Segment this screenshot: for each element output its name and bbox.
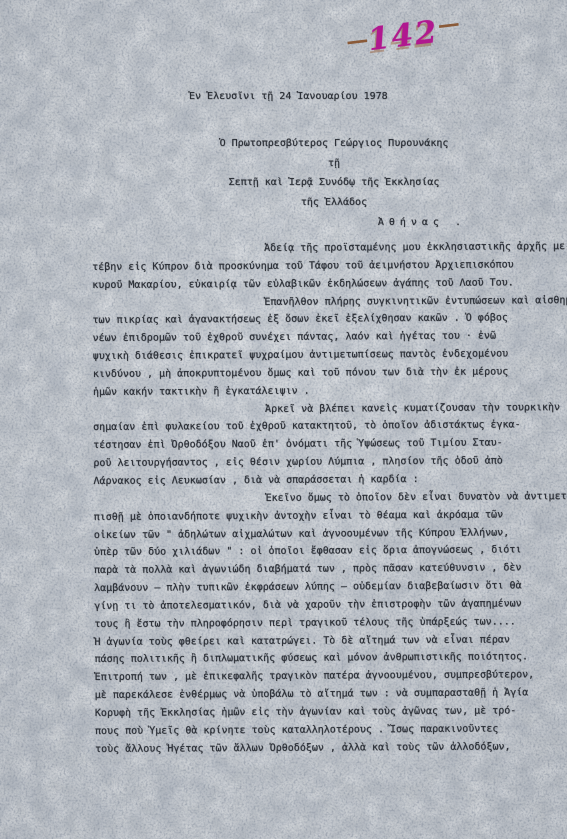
dateline: Ἐν Ἐλευσῖνι τῇ 24 Ἰανουαρίου 1978 xyxy=(189,91,388,102)
handwritten-page-number: —142— xyxy=(344,11,462,61)
sender-name: Ὁ Πρωτοπρεσβύτερος Γεώργιος Πυρουνάκης xyxy=(158,134,510,154)
paragraph: Ἐπανῆλθον πλήρης συγκινητικῶν ἐντυπώσεων… xyxy=(92,292,543,402)
salutation-article: τῇ xyxy=(158,154,510,174)
text-line: πισθῇ μὲ ὁποιανδήποτε ψυχικὴν ἀντοχὴν εἶ… xyxy=(94,506,544,527)
annotation-left-dash: — xyxy=(345,26,370,54)
text-line: τοὺς ἄλλους Ἡγέτας τῶν ἄλλων Ὀρθοδόξων ,… xyxy=(95,738,545,759)
text-line: γίνῃ τι τὸ ἀποτελεσματικόν, διὰ νὰ χαροῦ… xyxy=(94,595,544,616)
text-line: Ἐκεῖνο ὅμως τὸ ὁποῖον δὲν εἶναι δυνατὸν … xyxy=(94,488,544,509)
text-line: τέβην εἰς Κύπρον διὰ προσκύνημα τοῦ Τάφο… xyxy=(92,256,542,277)
addressee-line2: τῆς Ἑλλάδος xyxy=(158,193,510,213)
paragraph: Ἀδείᾳ τῆς προϊσταμένης μου ἐκκλησιαστικῆ… xyxy=(92,238,542,294)
text-line: τους ἢ ἔστω τὴν πληροφόρησιν περὶ τραγικ… xyxy=(94,613,544,634)
scanned-letter-page: —142— Ἐν Ἐλευσῖνι τῇ 24 Ἰανουαρίου 1978 … xyxy=(0,0,567,839)
addressee-city: Ἀθήνας . xyxy=(158,213,510,233)
addressee-line1: Σεπτῇ καὶ Ἱερᾷ Συνόδῳ τῆς Ἐκκλησίας xyxy=(158,173,510,193)
annotation-right-dash: — xyxy=(436,10,461,38)
text-line: ροῦ λειτουργήσαντος , εἰς θέσιν χωρίου Λ… xyxy=(93,452,543,473)
text-line: κινδύνου , μὴ ἀποκρυπτομένου ὅμως καὶ το… xyxy=(93,363,543,384)
letterhead: Ὁ Πρωτοπρεσβύτερος Γεώργιος Πυρουνάκης τ… xyxy=(158,134,510,233)
paragraph: Ἀρκεῖ νὰ βλέπει κανεὶς κυματίζουσαν τὴν … xyxy=(93,399,544,491)
letter-content: —142— Ἐν Ἐλευσῖνι τῇ 24 Ἰανουαρίου 1978 … xyxy=(0,0,567,839)
text-line: κυροῦ Μακαρίου, εὐκαιρίᾳ τῶν εὐλαβικῶν ἐ… xyxy=(92,274,542,295)
text-line: πους ποὺ Ὑμεῖς θὰ κρίνητε τοὺς καταλληλο… xyxy=(95,720,545,741)
annotation-number: 142 xyxy=(366,14,441,58)
body-paragraphs: Ἀδείᾳ τῆς προϊσταμένης μου ἐκκλησιαστικῆ… xyxy=(92,238,545,758)
paragraph: Ἐκεῖνο ὅμως τὸ ὁποῖον δὲν εἶναι δυνατὸν … xyxy=(94,488,546,758)
